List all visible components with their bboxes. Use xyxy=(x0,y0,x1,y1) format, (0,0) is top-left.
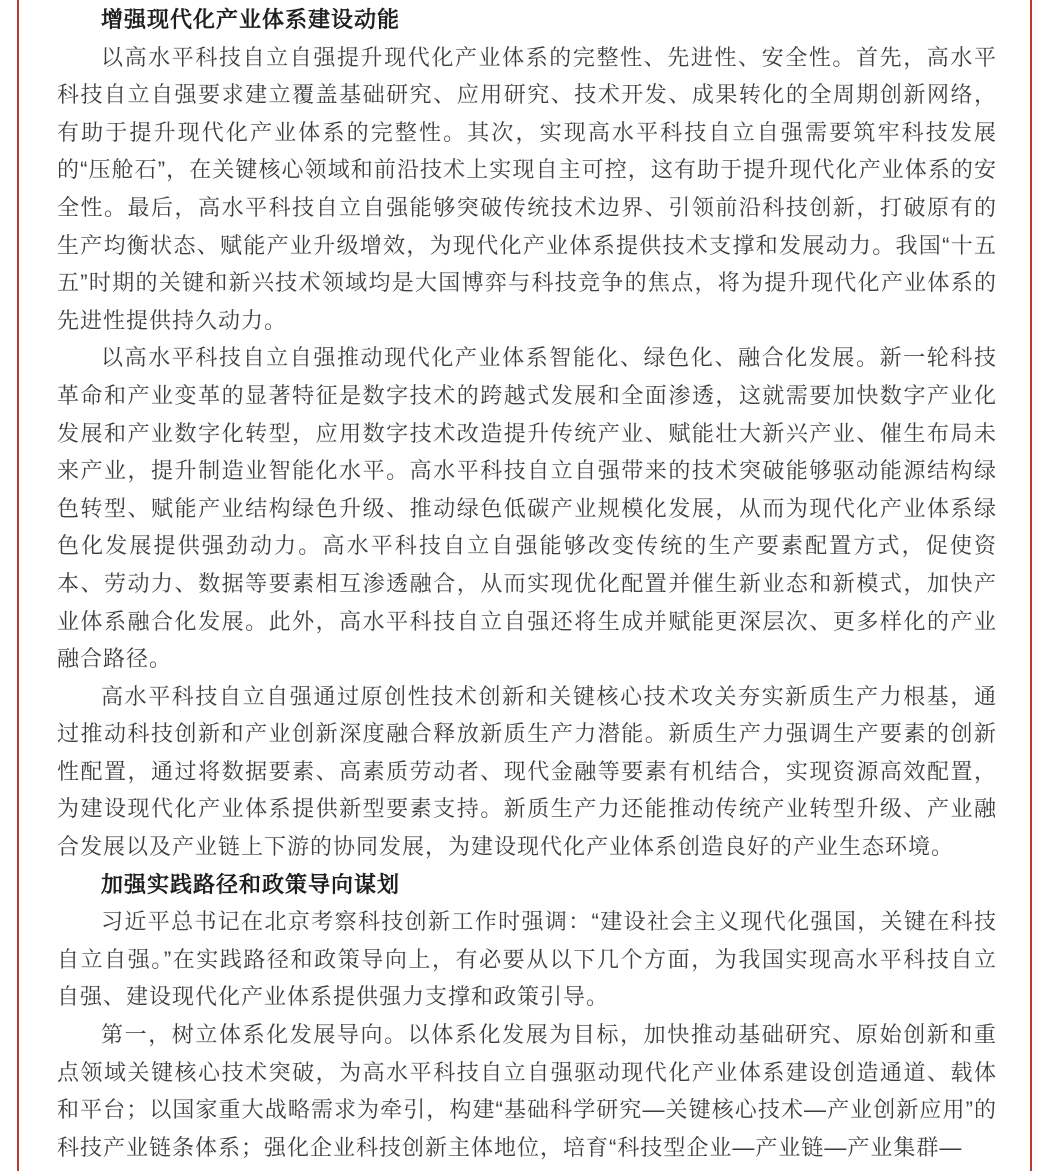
document-page: 增强现代化产业体系建设动能 以高水平科技自立自强提升现代化产业体系的完整性、先进… xyxy=(0,0,1044,1171)
section-heading-industrial-system: 增强现代化产业体系建设动能 xyxy=(57,1,997,39)
article-body: 增强现代化产业体系建设动能 以高水平科技自立自强提升现代化产业体系的完整性、先进… xyxy=(57,1,997,1166)
paragraph-intelligent-green-integrated: 以高水平科技自立自强推动现代化产业体系智能化、绿色化、融合化发展。新一轮科技革命… xyxy=(57,339,997,677)
section-heading-practice-policy: 加强实践路径和政策导向谋划 xyxy=(57,866,997,904)
paragraph-new-productive-forces: 高水平科技自立自强通过原创性技术创新和关键核心技术攻关夯实新质生产力根基，通过推… xyxy=(57,678,997,866)
paragraph-completeness-advancement-security: 以高水平科技自立自强提升现代化产业体系的完整性、先进性、安全性。首先，高水平科技… xyxy=(57,39,997,340)
paragraph-first-systematic-development: 第一，树立体系化发展导向。以体系化发展为目标，加快推动基础研究、原始创新和重点领… xyxy=(57,1016,997,1166)
paragraph-quote-policy-guidance: 习近平总书记在北京考察科技创新工作时强调：“建设社会主义现代化强国，关键在科技自… xyxy=(57,903,997,1016)
page-border-left xyxy=(17,0,19,1171)
page-border-right xyxy=(1030,0,1032,1171)
